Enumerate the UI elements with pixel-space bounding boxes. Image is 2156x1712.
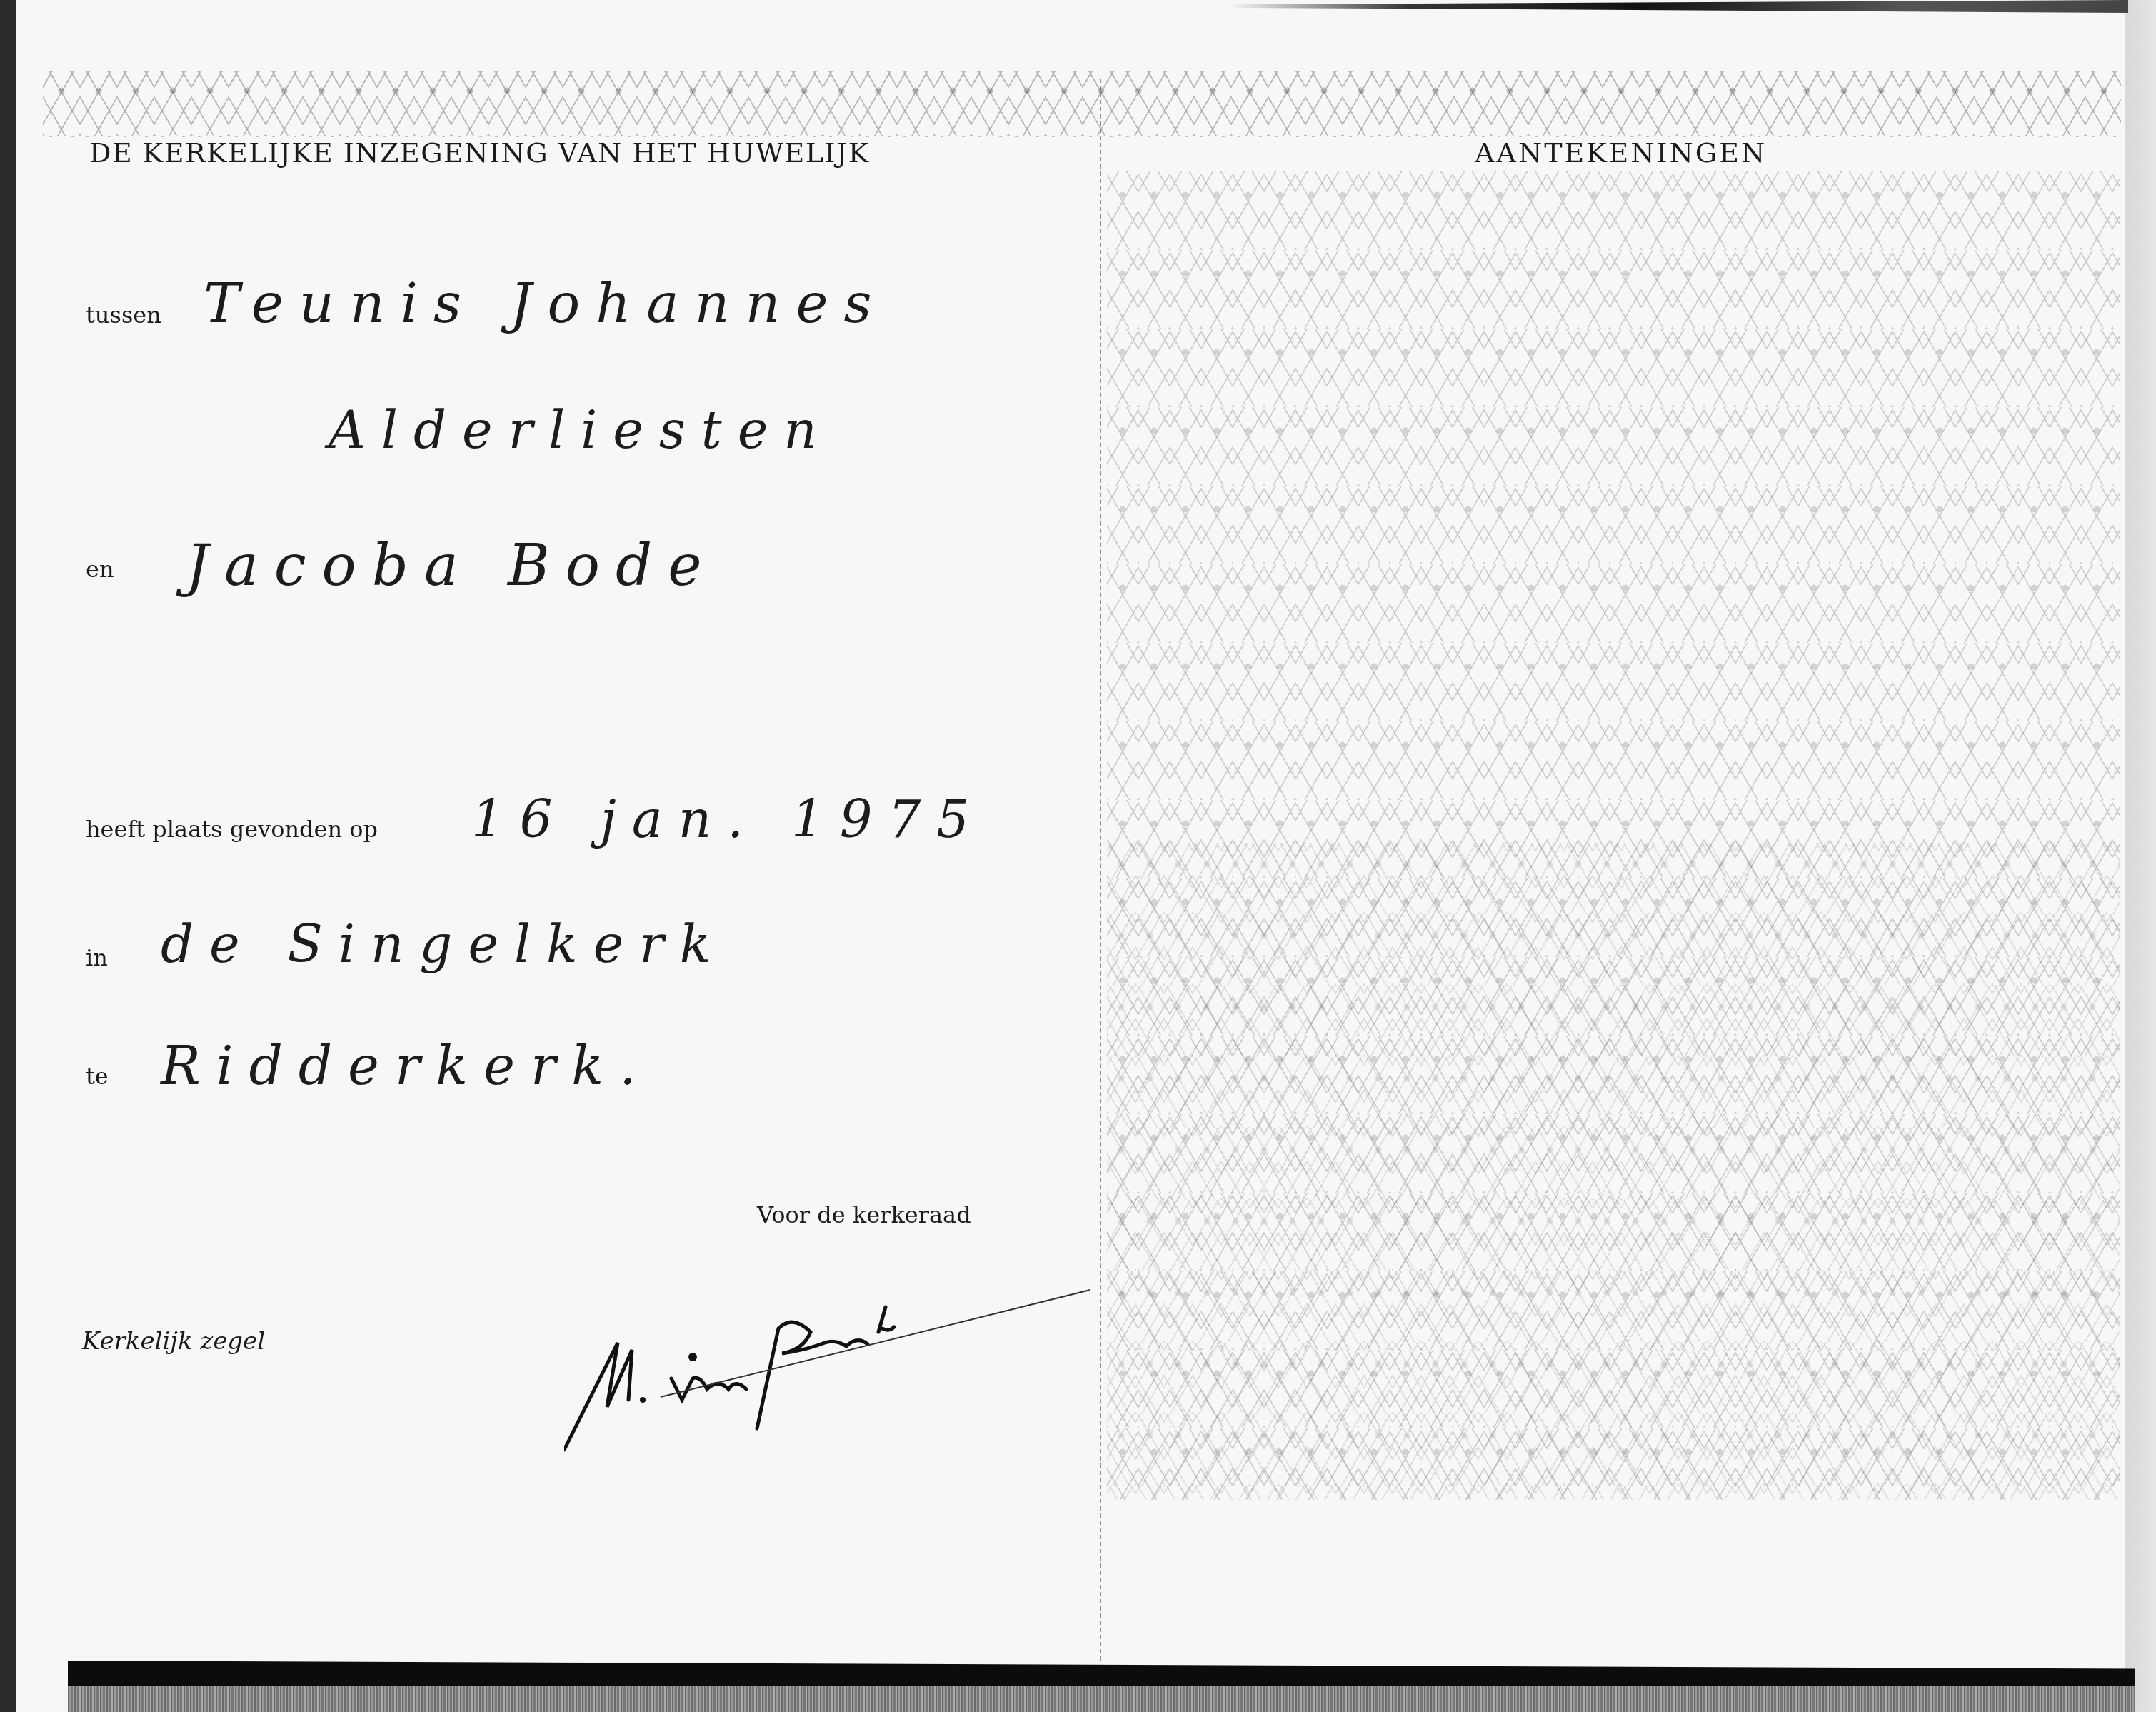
signature-scribble-icon [564, 1300, 1093, 1457]
church-value: de Singelkerk [161, 914, 726, 974]
right-page-security-pattern-dense [1107, 843, 2120, 1500]
place-label: te [86, 1063, 109, 1090]
between-label: tussen [86, 301, 161, 329]
bride-name: Jacoba Bode [186, 532, 718, 599]
council-signature: W. van Gent [564, 1300, 1093, 1457]
place-value: Ridderkerk. [161, 1036, 652, 1097]
date-value: 16 jan. 1975 [471, 789, 985, 849]
left-page-title: DE KERKELIJKE INZEGENING VAN HET HUWELIJ… [89, 137, 870, 169]
council-label: Voor de kerkeraad [757, 1201, 971, 1228]
scan-edge-bottom [68, 1661, 2135, 1688]
scan-edge-left [0, 0, 16, 1712]
church-label: in [86, 944, 108, 971]
scan-edge-top-shadow [1228, 0, 2128, 13]
groom-name-line2: Alderliesten [329, 400, 833, 460]
date-label: heeft plaats gevonden op [86, 816, 378, 843]
groom-name-line1: Teunis Johannes [204, 271, 887, 335]
scan-edge-bottom-texture [68, 1686, 2135, 1712]
page-fold-line [1100, 79, 1101, 1661]
seal-label: Kerkelijk zegel [82, 1327, 265, 1356]
and-label: en [86, 556, 114, 583]
right-page-title: AANTEKENINGEN [1475, 137, 1767, 169]
top-ornament-border [43, 71, 2121, 137]
scan-edge-right [2125, 0, 2156, 1712]
